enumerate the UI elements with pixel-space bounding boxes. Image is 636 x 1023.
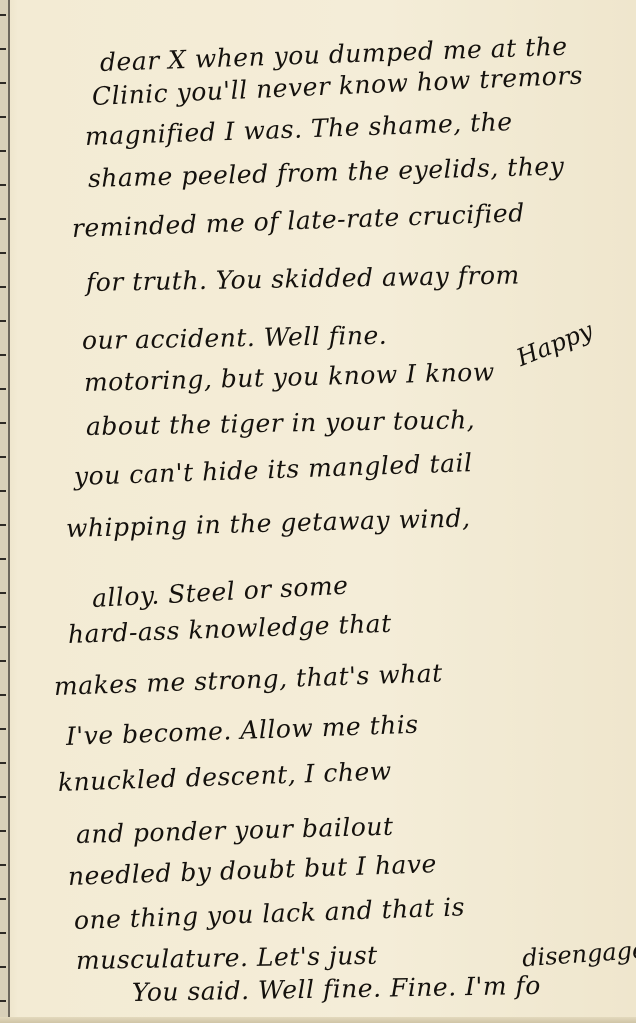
binding-mark <box>0 762 6 764</box>
binding-mark <box>0 252 6 254</box>
binding-mark <box>0 456 6 458</box>
binding-mark <box>0 728 6 730</box>
binding-mark <box>0 796 6 798</box>
letter-line: motoring, but you know I know <box>84 357 495 397</box>
binding-mark <box>0 422 6 424</box>
binding-mark <box>0 694 6 696</box>
notebook-binding <box>0 0 10 1023</box>
binding-mark <box>0 830 6 832</box>
binding-mark <box>0 524 6 526</box>
letter-line: magnified I was. The shame, the <box>84 107 513 151</box>
binding-mark <box>0 218 6 220</box>
inserted-word: disengage <box>521 936 636 973</box>
letter-line: reminded me of late-rate crucified <box>71 198 525 243</box>
letter-line: shame peeled from the eyelids, they <box>88 152 565 193</box>
binding-mark <box>0 932 6 934</box>
letter-line: you can't hide its mangled tail <box>73 448 472 491</box>
binding-mark <box>0 966 6 968</box>
letter-line: alloy. Steel or some <box>91 571 349 613</box>
letter-line: one thing you lack and that is <box>73 892 465 935</box>
binding-mark <box>0 388 6 390</box>
binding-mark <box>0 592 6 594</box>
binding-mark <box>0 1000 6 1002</box>
binding-mark <box>0 354 6 356</box>
binding-mark <box>0 14 6 16</box>
binding-mark <box>0 864 6 866</box>
notebook-page: dear X when you dumped me at the Clinic … <box>0 0 636 1023</box>
binding-mark <box>0 150 6 152</box>
page-edge <box>0 1017 636 1023</box>
binding-mark <box>0 898 6 900</box>
letter-line: knuckled descent, I chew <box>57 756 392 797</box>
binding-mark <box>0 558 6 560</box>
letter-line: You said. Well fine. Fine. I'm fo <box>132 971 541 1007</box>
binding-mark <box>0 626 6 628</box>
letter-line: our accident. Well fine. <box>82 321 388 355</box>
letter-line: about the tiger in your touch, <box>86 405 476 441</box>
binding-mark <box>0 48 6 50</box>
binding-mark <box>0 82 6 84</box>
letter-line: and ponder your bailout <box>76 812 394 849</box>
binding-mark <box>0 116 6 118</box>
letter-line: needled by doubt but I have <box>67 849 437 891</box>
letter-line: hard-ass knowledge that <box>67 609 392 649</box>
inserted-word: Happy <box>513 316 597 372</box>
binding-mark <box>0 184 6 186</box>
letter-line: whipping in the getaway wind, <box>66 503 471 543</box>
letter-line: musculature. Let's just <box>76 941 378 975</box>
letter-line: for truth. You skidded away from <box>86 260 520 297</box>
letter-line: I've become. Allow me this <box>65 710 419 751</box>
letter-line: makes me strong, that's what <box>53 658 443 701</box>
binding-mark <box>0 320 6 322</box>
binding-mark <box>0 490 6 492</box>
binding-mark <box>0 660 6 662</box>
binding-mark <box>0 286 6 288</box>
